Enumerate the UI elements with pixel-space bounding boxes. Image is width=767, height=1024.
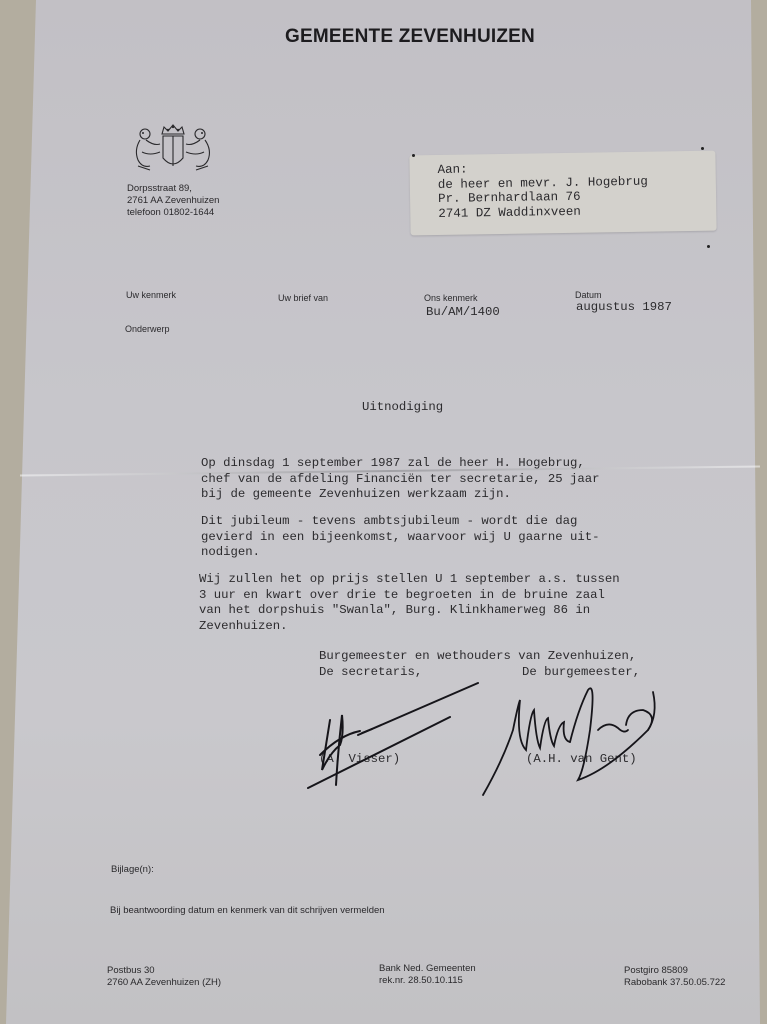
datum-value: augustus 1987 [576, 300, 672, 314]
body-paragraph-3: Wij zullen het op prijs stellen U 1 sept… [199, 572, 620, 634]
sender-address-line: 2761 AA Zevenhuizen [127, 195, 219, 207]
body-line: van het dorpshuis "Swanla", Burg. Klinkh… [199, 603, 620, 619]
body-line: nodigen. [201, 545, 599, 561]
body-line: bij de gemeente Zevenhuizen werkzaam zij… [201, 487, 599, 503]
punch-mark [412, 154, 415, 157]
letter-subject: Uitnodiging [362, 400, 443, 414]
footer-postal-address: Postbus 30 2760 AA Zevenhuizen (ZH) [107, 965, 221, 989]
ons-kenmerk-label: Ons kenmerk [424, 293, 478, 303]
recipient-address-label: Aan: de heer en mevr. J. Hogebrug Pr. Be… [409, 151, 716, 236]
reply-instruction: Bij beantwoording datum en kenmerk van d… [110, 905, 385, 917]
body-line: Op dinsdag 1 september 1987 zal de heer … [201, 456, 599, 472]
sender-phone: telefoon 01802-1644 [127, 207, 219, 219]
mayor-signature [478, 670, 678, 800]
datum-label: Datum [575, 290, 602, 300]
body-line: Wij zullen het op prijs stellen U 1 sept… [199, 572, 620, 588]
body-paragraph-1: Op dinsdag 1 september 1987 zal de heer … [201, 456, 599, 503]
footer-bank-details: Bank Ned. Gemeenten rek.nr. 28.50.10.115 [379, 963, 476, 987]
sender-address: Dorpsstraat 89, 2761 AA Zevenhuizen tele… [127, 183, 219, 219]
coat-of-arms-icon [130, 122, 216, 176]
body-line: gevierd in een bijeenkomst, waarvoor wij… [201, 530, 599, 546]
footer-rabobank: Rabobank 37.50.05.722 [624, 977, 725, 989]
recipient-city: 2741 DZ Waddinxveen [438, 203, 648, 221]
punch-mark [707, 245, 710, 248]
uw-kenmerk-label: Uw kenmerk [126, 290, 176, 300]
closing-line: Burgemeester en wethouders van Zevenhuiz… [319, 649, 636, 663]
uw-brief-van-label: Uw brief van [278, 293, 328, 303]
bijlagen-label: Bijlage(n): [111, 864, 154, 876]
footer-postcode: 2760 AA Zevenhuizen (ZH) [107, 977, 221, 989]
secretary-signature [300, 675, 490, 795]
footer-bank-account: rek.nr. 28.50.10.115 [379, 975, 476, 987]
body-line: Dit jubileum - tevens ambtsjubileum - wo… [201, 514, 599, 530]
ons-kenmerk-value: Bu/AM/1400 [426, 305, 500, 319]
footer-giro-details: Postgiro 85809 Rabobank 37.50.05.722 [624, 965, 725, 989]
onderwerp-label: Onderwerp [125, 324, 170, 334]
letterhead-title: GEMEENTE ZEVENHUIZEN [0, 26, 767, 48]
body-line: Zevenhuizen. [199, 619, 620, 635]
sender-address-line: Dorpsstraat 89, [127, 183, 219, 195]
footer-postgiro: Postgiro 85809 [624, 965, 725, 977]
body-paragraph-2: Dit jubileum - tevens ambtsjubileum - wo… [201, 514, 599, 561]
body-line: chef van de afdeling Financiën ter secre… [201, 472, 599, 488]
footer-bank-name: Bank Ned. Gemeenten [379, 963, 476, 975]
footer-postbus: Postbus 30 [107, 965, 221, 977]
punch-mark [701, 147, 704, 150]
body-line: 3 uur en kwart over drie te begroeten in… [199, 588, 620, 604]
